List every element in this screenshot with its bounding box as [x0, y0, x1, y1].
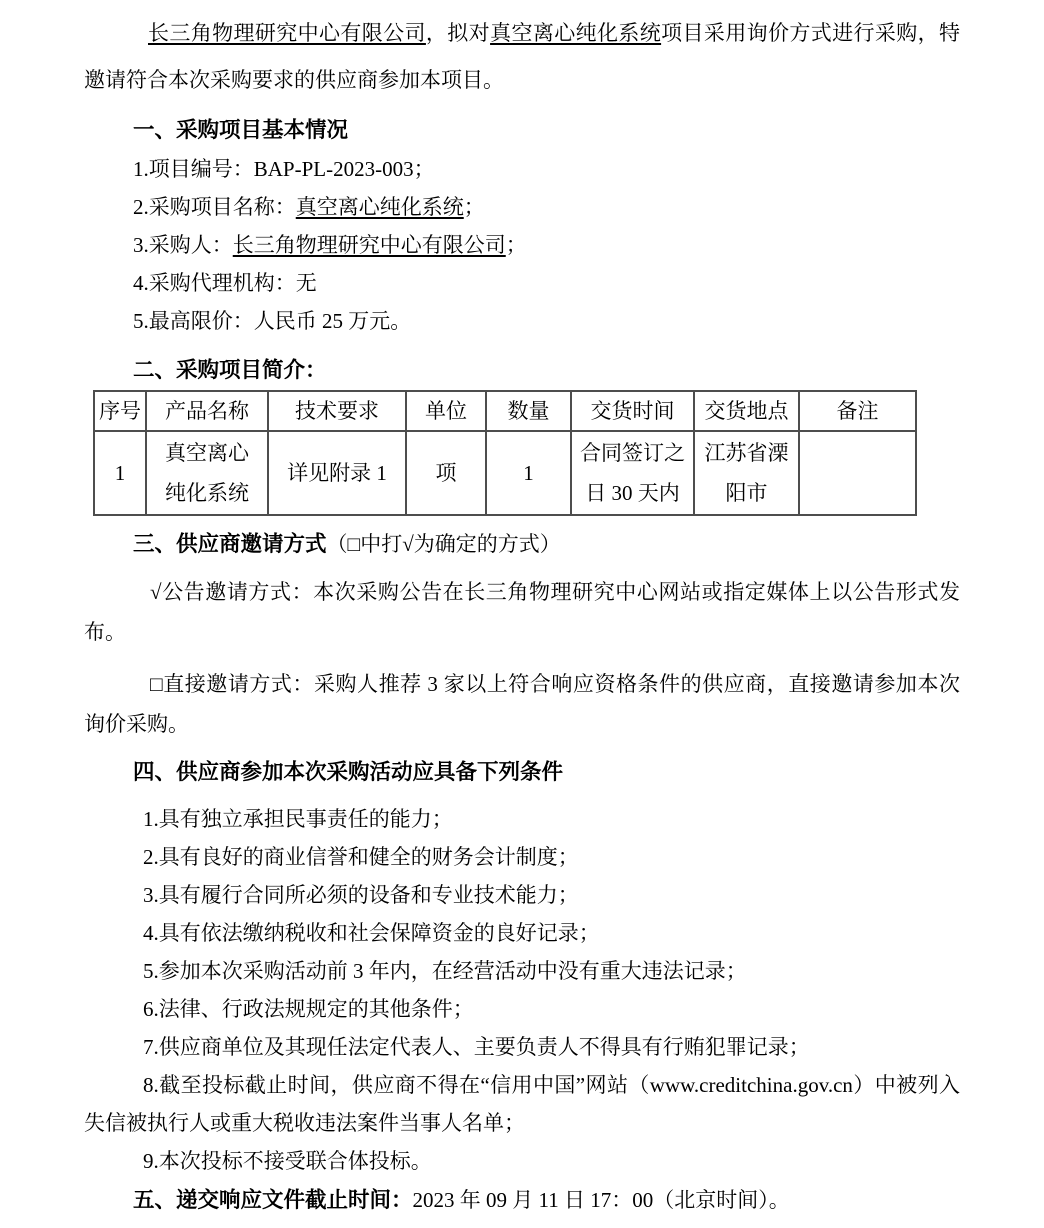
section-3-heading: 三、供应商邀请方式（□中打√为确定的方式）	[133, 524, 960, 564]
intro-text-mid: ，拟对	[426, 21, 490, 45]
supplier-condition-item-7: 7.供应商单位及其现任法定代表人、主要负责人不得具有行贿犯罪记录；	[84, 1028, 960, 1066]
col-header-delivery-time: 交货时间	[571, 391, 694, 431]
deadline-label: 五、递交响应文件截止时间：	[133, 1188, 413, 1212]
section-4-heading: 四、供应商参加本次采购活动应具备下列条件	[133, 752, 960, 792]
col-header-remark: 备注	[799, 391, 916, 431]
table-row: 1 真空离心 纯化系统 详见附录 1 项 1 合同签订之 日 30 天内 江苏省…	[94, 431, 916, 515]
section-3-heading-bold: 三、供应商邀请方式	[133, 532, 327, 556]
supplier-conditions-list: 1.具有独立承担民事责任的能力； 2.具有良好的商业信誉和健全的财务会计制度； …	[84, 800, 960, 1180]
supplier-condition-item-5: 5.参加本次采购活动前 3 年内，在经营活动中没有重大违法记录；	[84, 952, 960, 990]
deadline-value: 2023 年 09 月 11 日 17：00（北京时间）。	[413, 1188, 790, 1212]
col-header-delivery-place: 交货地点	[694, 391, 799, 431]
buyer-item: 3.采购人：长三角物理研究中心有限公司；	[84, 226, 960, 264]
buyer-underlined: 长三角物理研究中心有限公司	[233, 233, 506, 257]
col-header-product-name: 产品名称	[146, 391, 268, 431]
col-header-unit: 单位	[406, 391, 486, 431]
cell-delivery-place: 江苏省溧 阳市	[694, 431, 799, 515]
intro-paragraph: 长三角物理研究中心有限公司，拟对真空离心纯化系统项目采用询价方式进行采购，特邀请…	[84, 10, 960, 104]
cell-product-name: 真空离心 纯化系统	[146, 431, 268, 515]
cell-seq: 1	[94, 431, 146, 515]
buyer-label: 3.采购人：	[133, 233, 233, 257]
cell-qty: 1	[486, 431, 571, 515]
document-page: { "intro": { "buyer_underlined": "长三角物理研…	[0, 0, 1044, 1228]
price-limit-item: 5.最高限价：人民币 25 万元。	[84, 302, 960, 340]
cell-tech-req: 详见附录 1	[268, 431, 406, 515]
buyer-suffix: ；	[506, 233, 527, 257]
project-name-underlined: 真空离心纯化系统	[296, 195, 464, 219]
announcement-invitation-paragraph: √公告邀请方式：本次采购公告在长三角物理研究中心网站或指定媒体上以公告形式发布。	[84, 572, 960, 652]
project-name-label: 2.采购项目名称：	[133, 195, 296, 219]
supplier-condition-item-9: 9.本次投标不接受联合体投标。	[84, 1142, 960, 1180]
section-2-heading: 二、采购项目简介：	[133, 350, 960, 390]
products-table: 序号 产品名称 技术要求 单位 数量 交货时间 交货地点 备注 1 真空离心 纯…	[93, 390, 917, 516]
project-name-suffix: ；	[464, 195, 485, 219]
col-header-seq: 序号	[94, 391, 146, 431]
supplier-condition-item-3: 3.具有履行合同所必须的设备和专业技术能力；	[84, 876, 960, 914]
cell-remark	[799, 431, 916, 515]
intro-project-underlined: 真空离心纯化系统	[490, 21, 661, 45]
supplier-condition-item-8: 8.截至投标截止时间，供应商不得在“信用中国”网站（www.creditchin…	[84, 1066, 960, 1142]
intro-buyer-underlined: 长三角物理研究中心有限公司	[148, 21, 426, 45]
supplier-condition-item-2: 2.具有良好的商业信誉和健全的财务会计制度；	[84, 838, 960, 876]
col-header-tech-req: 技术要求	[268, 391, 406, 431]
project-name-item: 2.采购项目名称：真空离心纯化系统；	[84, 188, 960, 226]
section-5-heading: 五、递交响应文件截止时间：2023 年 09 月 11 日 17：00（北京时间…	[133, 1180, 960, 1220]
section-3-heading-note: （□中打√为确定的方式）	[327, 532, 561, 556]
table-header-row: 序号 产品名称 技术要求 单位 数量 交货时间 交货地点 备注	[94, 391, 916, 431]
cell-unit: 项	[406, 431, 486, 515]
section-1-heading: 一、采购项目基本情况	[133, 110, 960, 150]
cell-delivery-time: 合同签订之 日 30 天内	[571, 431, 694, 515]
supplier-condition-item-1: 1.具有独立承担民事责任的能力；	[84, 800, 960, 838]
col-header-qty: 数量	[486, 391, 571, 431]
direct-invitation-paragraph: □直接邀请方式：采购人推荐 3 家以上符合响应资格条件的供应商，直接邀请参加本次…	[84, 664, 960, 744]
supplier-condition-item-6: 6.法律、行政法规规定的其他条件；	[84, 990, 960, 1028]
supplier-condition-item-4: 4.具有依法缴纳税收和社会保障资金的良好记录；	[84, 914, 960, 952]
project-number-item: 1.项目编号：BAP-PL-2023-003；	[84, 150, 960, 188]
agency-item: 4.采购代理机构：无	[84, 264, 960, 302]
